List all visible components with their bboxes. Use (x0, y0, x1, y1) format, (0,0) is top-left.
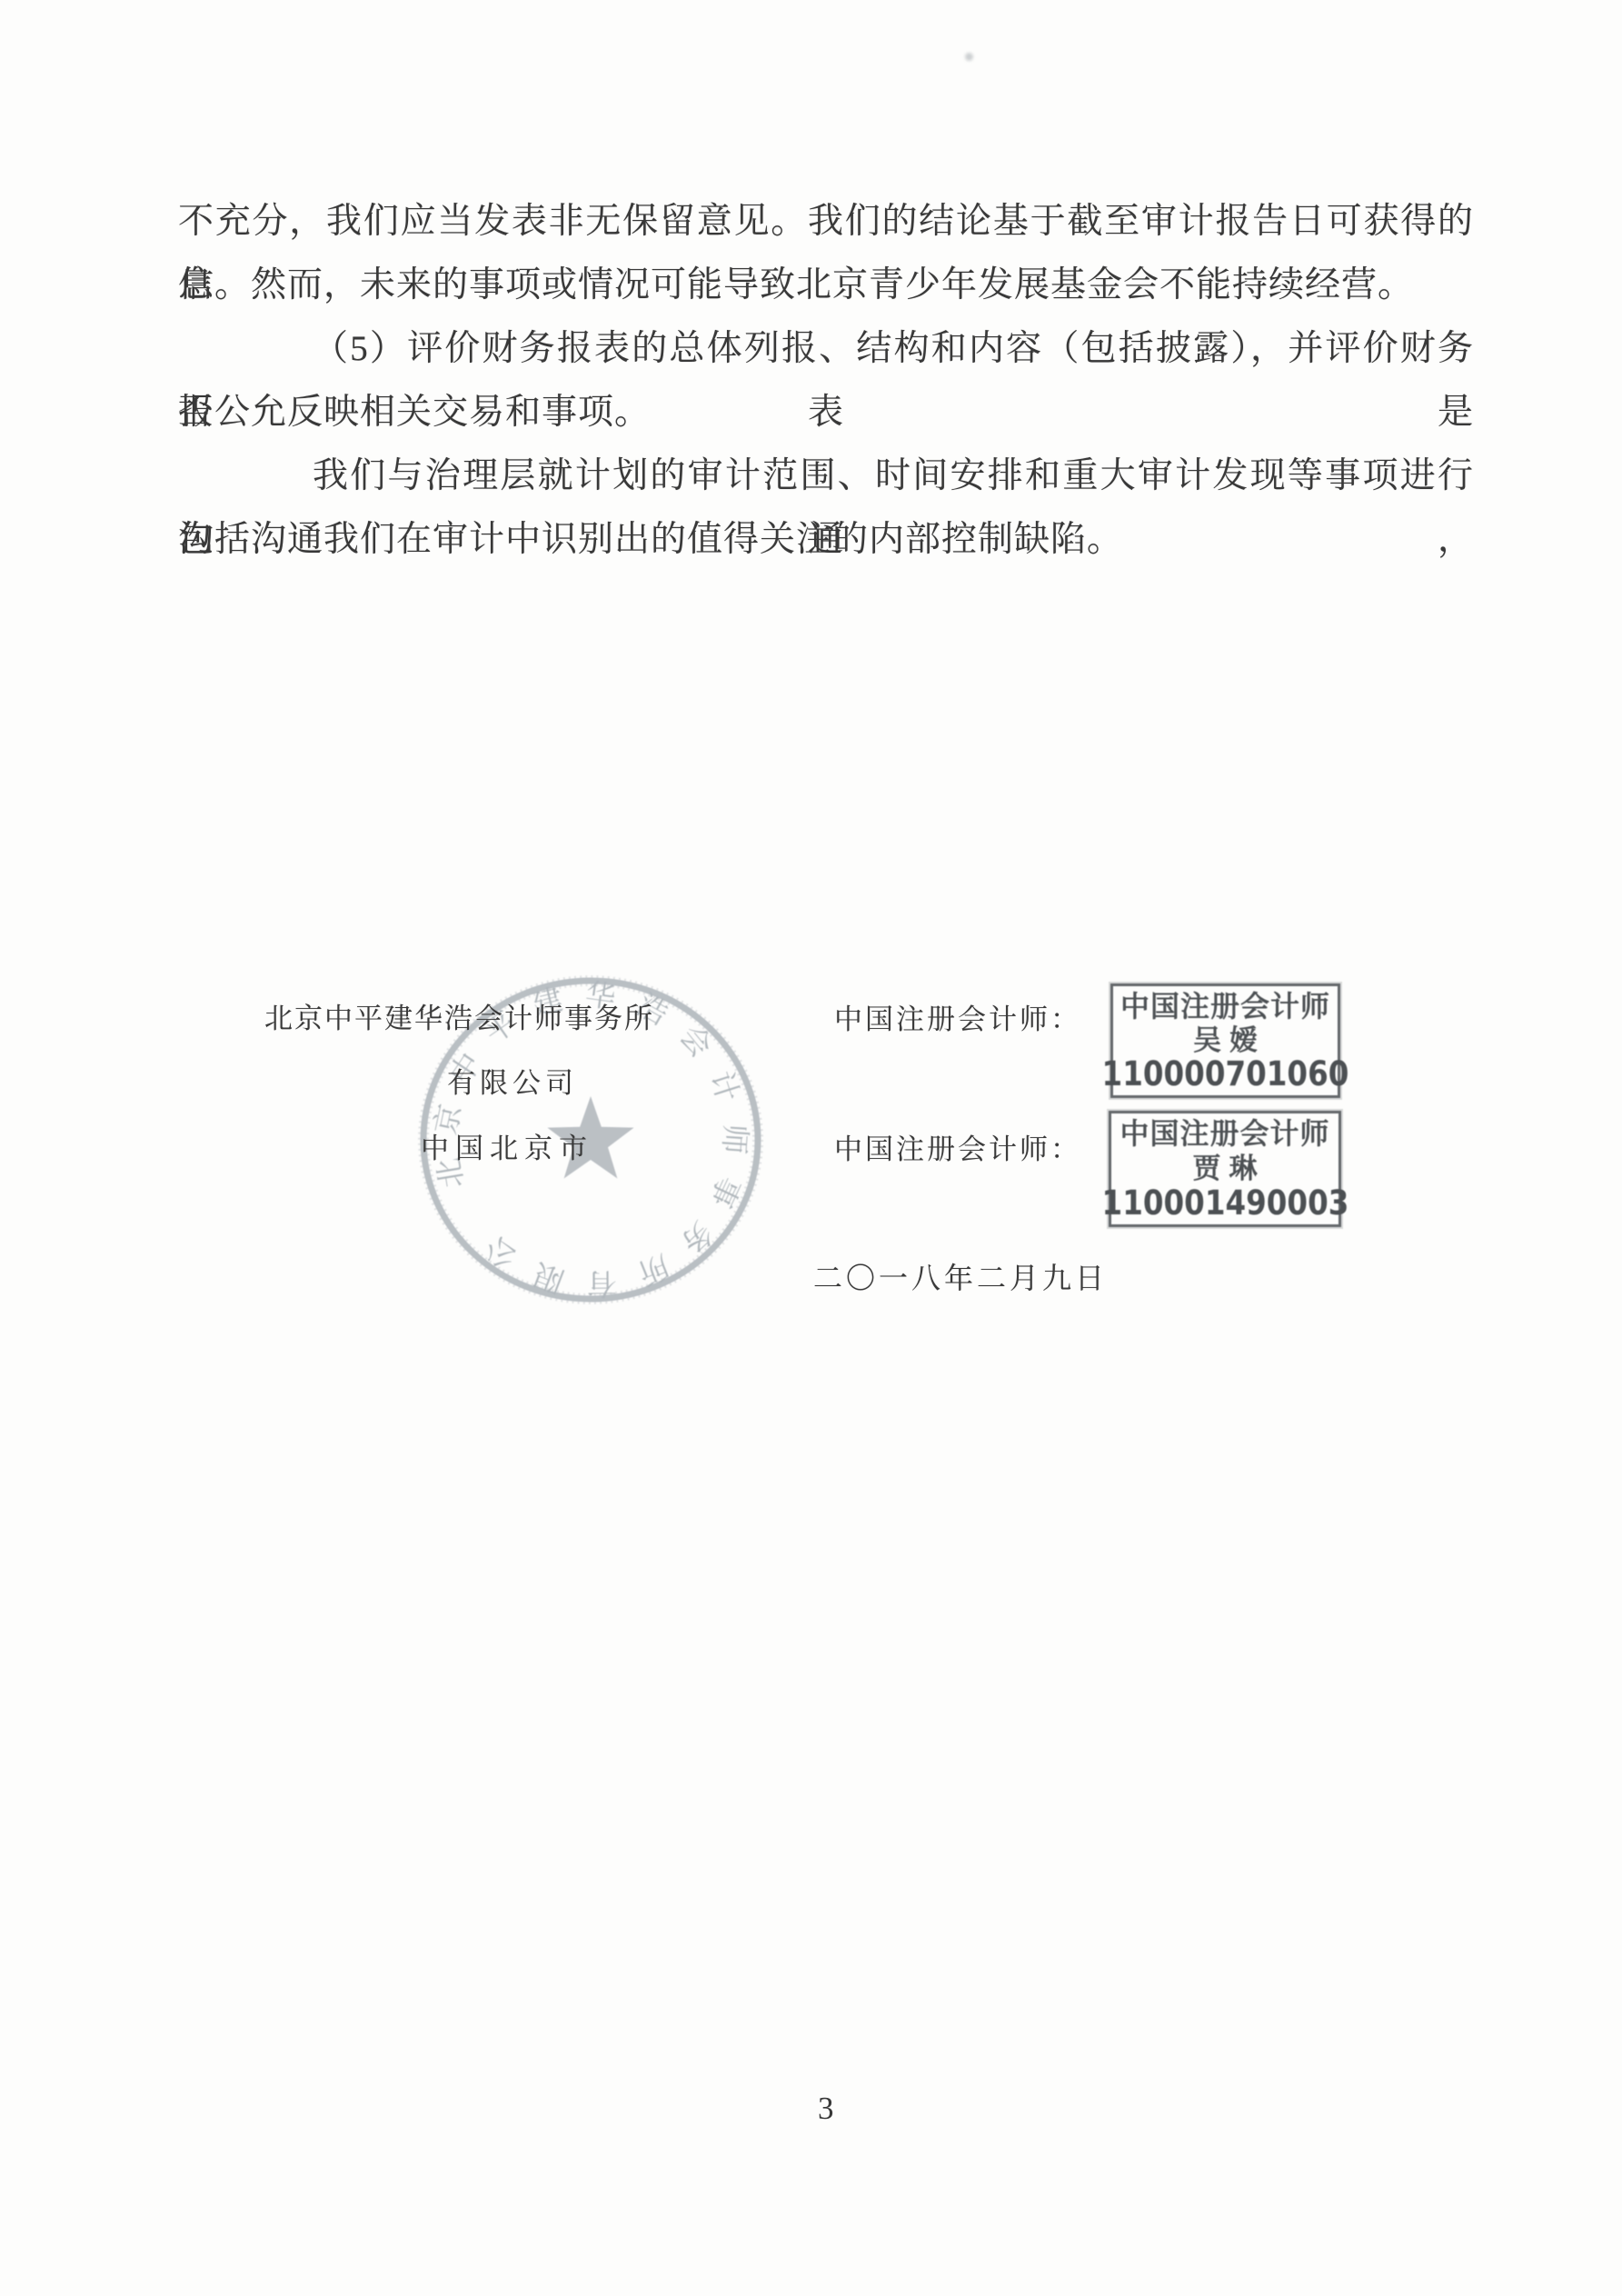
firm-name-line1: 北京中平建华浩会计师事务所 (264, 995, 654, 1036)
cpa-label-2: 中国注册会计师： (834, 1126, 1081, 1167)
cpa-stamp-name: 贾琳 (1193, 1153, 1266, 1184)
scan-speck (965, 53, 973, 61)
text-line: 我们与治理层就计划的审计范围、时间安排和重大审计发现等事项进行沟通， (178, 444, 1474, 508)
firm-location: 中国北京市 (421, 1125, 593, 1166)
text-line: （5）评价财务报表的总体列报、结构和内容（包括披露），并评价财务报表是 (178, 317, 1474, 381)
page-number: 3 (818, 2091, 834, 2127)
text-line: 息。然而，未来的事项或情况可能导致北京青少年发展基金会不能持续经营。 (178, 254, 1474, 317)
cpa-stamp-number: 110001490003 (1101, 1188, 1348, 1219)
text-line: 不充分，我们应当发表非无保留意见。我们的结论基于截至审计报告日可获得的信 (178, 190, 1474, 254)
document-page: 不充分，我们应当发表非无保留意见。我们的结论基于截至审计报告日可获得的信 息。然… (0, 0, 1622, 2296)
cpa-label-1: 中国注册会计师： (834, 996, 1081, 1037)
report-date: 二〇一八年二月九日 (813, 1255, 1108, 1297)
firm-name-line2: 有限公司 (447, 1060, 578, 1101)
cpa-stamp-2: 中国注册会计师 贾琳 110001490003 (1109, 1111, 1341, 1227)
cpa-stamp-1: 中国注册会计师 吴嫒 110000701060 (1110, 983, 1340, 1098)
cpa-stamp-number: 110000701060 (1102, 1059, 1349, 1090)
cpa-stamp-title: 中国注册会计师 (1120, 991, 1330, 1022)
body-text: 不充分，我们应当发表非无保留意见。我们的结论基于截至审计报告日可获得的信 息。然… (178, 190, 1474, 572)
cpa-stamp-title: 中国注册会计师 (1119, 1118, 1329, 1149)
cpa-stamp-name: 吴嫒 (1193, 1025, 1266, 1056)
